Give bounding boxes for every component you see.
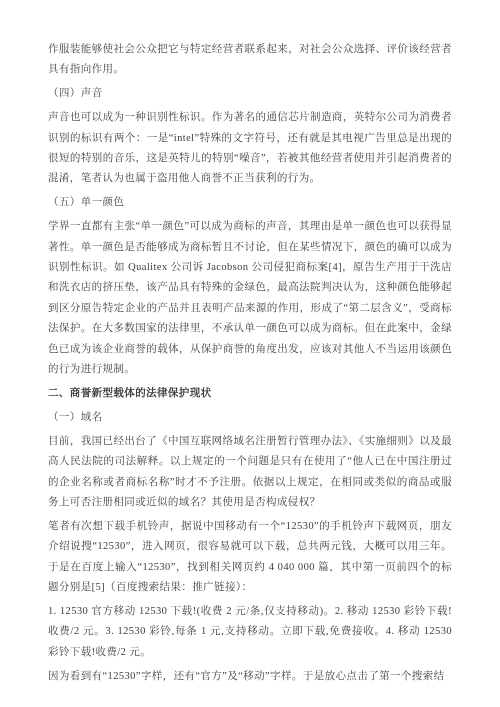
paragraph-sound: 声音也可以成为一种识别性标识。作为著名的通信芯片制造商，英特尔公司为消费者识别的… <box>48 108 452 190</box>
document-page: 作服装能够使社会公众把它与特定经营者联系起来，对社会公众选择、评价该经营者具有指… <box>0 0 500 707</box>
document-text-block: 作服装能够使社会公众把它与特定经营者联系起来，对社会公众选择、评价该经营者具有指… <box>0 0 500 687</box>
paragraph-single-color: 学界一直都有主张“单一颜色”可以成为商标的声音，其理由是单一颜色也可以获得显著性… <box>48 217 452 380</box>
paragraph-domain-regulations: 目前，我国已经出台了《中国互联网络域名注册暂行管理办法》、《实施细则》以及最高人… <box>48 432 452 514</box>
paragraph-ringtone-search: 笔者有次想下载手机铃声，据说中国移动有一个“12530”的手机铃声下载网页，朋友… <box>48 517 452 599</box>
paragraph-click-first-result: 因为看到有“12530”字样，还有“官方”及“移动”字样。于是放心点击了第一个搜… <box>48 667 452 687</box>
heading-section-2: 二、商誉新型载体的法律保护现状 <box>48 384 452 404</box>
paragraph-continuation: 作服装能够使社会公众把它与特定经营者联系起来，对社会公众选择、评价该经营者具有指… <box>48 40 452 81</box>
subheading-single-color: （五）单一颜色 <box>48 193 452 213</box>
subheading-domain-name: （一）域名 <box>48 408 452 428</box>
paragraph-search-results: 1. 12530 官方移动 12530 下载!(收费 2 元/条,仅支持移动)。… <box>48 602 452 663</box>
subheading-sound: （四）声音 <box>48 84 452 104</box>
